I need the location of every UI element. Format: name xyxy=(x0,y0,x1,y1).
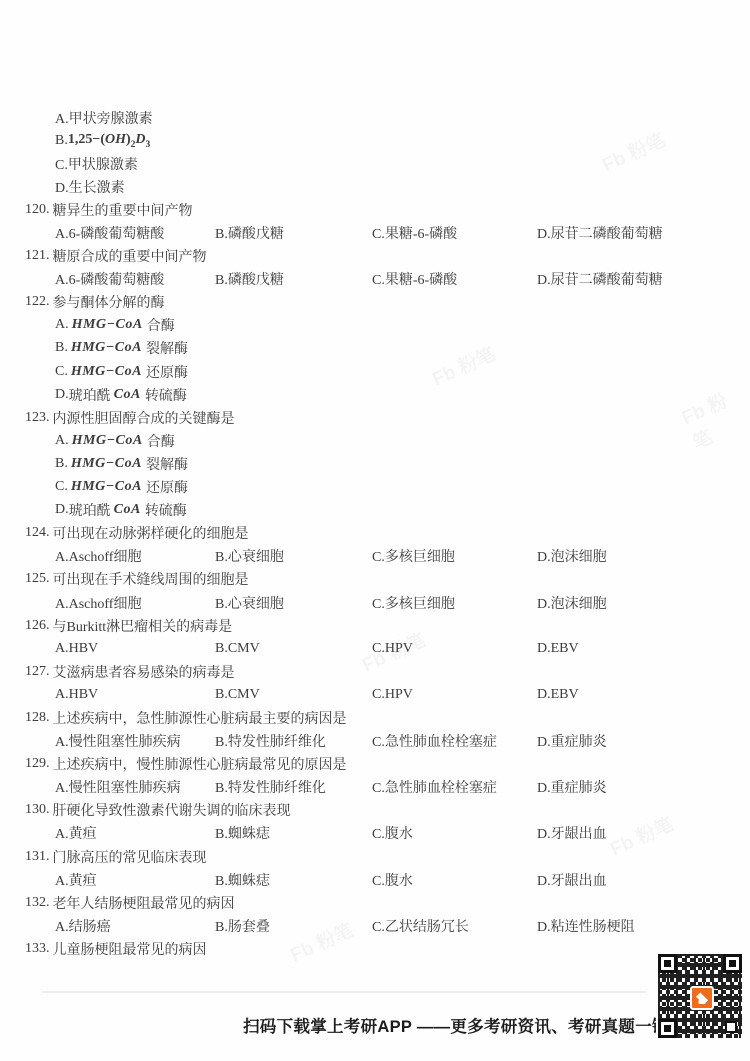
option-line: A.甲状旁腺激素 xyxy=(0,106,750,129)
option-d: D.尿苷二磷酸葡萄糖 xyxy=(537,223,750,243)
option-label: C. xyxy=(55,479,68,495)
enzyme-formula: CoA xyxy=(114,502,141,518)
option-a: A.Aschoff细胞 xyxy=(55,593,215,613)
option-label: B. xyxy=(55,340,68,356)
option-d: D.牙龈出血 xyxy=(537,870,750,890)
option-c: C.乙状结肠冗长 xyxy=(372,916,537,936)
option-a: A.HBV xyxy=(55,687,215,703)
option-a: A.慢性阻塞性肺疾病 xyxy=(55,731,215,751)
option-label: B. xyxy=(55,456,68,472)
option-line: C.甲状腺激素 xyxy=(0,152,750,175)
question-stem: 老年人结肠梗阻最常见的病因 xyxy=(53,893,235,913)
option-b: B.心衰细胞 xyxy=(215,546,372,566)
question-line-127: 127.艾滋病患者容易感染的病毒是 xyxy=(0,660,750,683)
option-tail: 转硫酶 xyxy=(145,385,187,405)
options-row: A.Aschoff细胞 B.心衰细胞 C.多核巨细胞 D.泡沫细胞 xyxy=(0,591,750,614)
option-c: C.多核巨细胞 xyxy=(372,593,537,613)
question-line-128: 128.上述疾病中，急性肺源性心脏病最主要的病因是 xyxy=(0,706,750,729)
enzyme-option-line: A.HMG−CoA合酶 xyxy=(0,429,750,452)
enzyme-formula: HMG−CoA xyxy=(72,317,143,333)
exam-page: Fb 粉笔 Fb 粉笔 Fb 粉笔 Fb 粉笔 Fb 粉笔 Fb 粉笔 A.甲状… xyxy=(0,0,750,1061)
qr-code xyxy=(656,952,744,1040)
question-number: 123. xyxy=(25,410,50,426)
option-b: B.蜘蛛痣 xyxy=(215,870,372,890)
question-stem: 糖原合成的重要中间产物 xyxy=(53,246,207,266)
formula-part: D xyxy=(135,132,145,147)
enzyme-formula: HMG−CoA xyxy=(71,479,142,495)
enzyme-option-line: A.HMG−CoA合酶 xyxy=(0,314,750,337)
option-a: A.HBV xyxy=(55,641,215,657)
option-prefix: 琥珀酰 xyxy=(69,385,111,405)
question-number: 132. xyxy=(25,895,50,911)
option-a: A.结肠癌 xyxy=(55,916,215,936)
question-number: 128. xyxy=(25,710,50,726)
vitamin-d-formula: 1,25−(OH)2D3 xyxy=(68,132,150,150)
question-number: 125. xyxy=(25,571,50,587)
option-label: A. xyxy=(55,433,69,449)
question-number: 133. xyxy=(25,941,50,957)
question-line-121: 121.糖原合成的重要中间产物 xyxy=(0,245,750,268)
question-line-129: 129.上述疾病中，慢性肺源性心脏病最常见的原因是 xyxy=(0,753,750,776)
option-b: B.磷酸戊糖 xyxy=(215,269,372,289)
option-label: D. xyxy=(55,387,69,403)
question-number: 126. xyxy=(25,618,50,634)
option-d: D.泡沫细胞 xyxy=(537,593,750,613)
options-row: A.黄疸 B.蜘蛛痣 C.腹水 D.牙龈出血 xyxy=(0,868,750,891)
formula-part: OH xyxy=(105,132,126,147)
option-c: C.果糖-6-磷酸 xyxy=(372,223,537,243)
option-c: C.腹水 xyxy=(372,823,537,843)
enzyme-formula: CoA xyxy=(114,387,141,403)
question-number: 130. xyxy=(25,802,50,818)
formula-option-line: B. 1,25−(OH)2D3 xyxy=(0,129,750,152)
option-label: D. xyxy=(55,502,69,518)
option-tail: 还原酶 xyxy=(146,362,188,382)
option-c: C.果糖-6-磷酸 xyxy=(372,269,537,289)
option-b: B.特发性肺纤维化 xyxy=(215,777,372,797)
option-a: A.黄疸 xyxy=(55,823,215,843)
question-stem: 可出现在动脉粥样硬化的细胞是 xyxy=(53,523,249,543)
enzyme-formula: HMG−CoA xyxy=(71,364,142,380)
option-d: D.泡沫细胞 xyxy=(537,546,750,566)
option-label: B. xyxy=(55,133,68,149)
options-row: A.HBV B.CMV C.HPV D.EBV xyxy=(0,683,750,706)
option-d: D.重症肺炎 xyxy=(537,731,750,751)
option-b: B.特发性肺纤维化 xyxy=(215,731,372,751)
question-number: 124. xyxy=(25,525,50,541)
question-list: A.甲状旁腺激素 B. 1,25−(OH)2D3 C.甲状腺激素 D.生长激素 … xyxy=(0,106,750,960)
enzyme-formula: HMG−CoA xyxy=(71,340,142,356)
option-c: C.HPV xyxy=(372,641,537,657)
option-a: A.Aschoff细胞 xyxy=(55,546,215,566)
formula-part: 1,25−( xyxy=(68,132,105,147)
option-tail: 裂解酶 xyxy=(146,454,188,474)
qr-finder-icon xyxy=(723,954,742,973)
option-b: B.CMV xyxy=(215,687,372,703)
options-row: A.慢性阻塞性肺疾病 B.特发性肺纤维化 C.急性肺血栓栓塞症 D.重症肺炎 xyxy=(0,730,750,753)
option-text: D.生长激素 xyxy=(55,177,125,197)
question-stem: 上述疾病中，急性肺源性心脏病最主要的病因是 xyxy=(53,708,347,728)
question-stem: 参与酮体分解的酶 xyxy=(53,292,165,312)
question-number: 121. xyxy=(25,248,50,264)
option-c: C.急性肺血栓栓塞症 xyxy=(372,731,537,751)
option-label: C. xyxy=(55,364,68,380)
enzyme-option-line: C.HMG−CoA还原酶 xyxy=(0,476,750,499)
option-b: B.磷酸戊糖 xyxy=(215,223,372,243)
question-stem: 内源性胆固醇合成的关键酶是 xyxy=(53,408,235,428)
option-a: A.黄疸 xyxy=(55,870,215,890)
question-line-125: 125.可出现在手术缝线周围的细胞是 xyxy=(0,568,750,591)
option-c: C.急性肺血栓栓塞症 xyxy=(372,777,537,797)
option-tail: 合酶 xyxy=(147,315,175,335)
qr-alignment-icon xyxy=(725,1021,737,1033)
enzyme-option-line: B.HMG−CoA裂解酶 xyxy=(0,337,750,360)
option-c: C.多核巨细胞 xyxy=(372,546,537,566)
question-stem: 与Burkitt淋巴瘤相关的病毒是 xyxy=(53,616,233,636)
question-stem: 儿童肠梗阻最常见的病因 xyxy=(53,939,207,959)
cap-base-shape xyxy=(699,1000,706,1004)
option-tail: 裂解酶 xyxy=(146,338,188,358)
question-number: 131. xyxy=(25,849,50,865)
option-a: A.慢性阻塞性肺疾病 xyxy=(55,777,215,797)
qr-finder-icon xyxy=(658,954,677,973)
question-stem: 上述疾病中，慢性肺源性心脏病最常见的原因是 xyxy=(53,754,347,774)
question-line-126: 126.与Burkitt淋巴瘤相关的病毒是 xyxy=(0,614,750,637)
option-d: D.牙龈出血 xyxy=(537,823,750,843)
enzyme-formula: HMG−CoA xyxy=(72,433,143,449)
formula-subscript: 3 xyxy=(146,140,151,150)
question-number: 120. xyxy=(25,202,50,218)
option-d: D.EBV xyxy=(537,687,750,703)
option-b: B.心衰细胞 xyxy=(215,593,372,613)
enzyme-option-line: D.琥珀酰CoA转硫酶 xyxy=(0,383,750,406)
options-row: A.HBV B.CMV C.HPV D.EBV xyxy=(0,637,750,660)
question-line-122: 122.参与酮体分解的酶 xyxy=(0,291,750,314)
question-line-132: 132.老年人结肠梗阻最常见的病因 xyxy=(0,891,750,914)
enzyme-formula: HMG−CoA xyxy=(71,456,142,472)
question-line-131: 131.门脉高压的常见临床表现 xyxy=(0,845,750,868)
option-d: D.粘连性肠梗阻 xyxy=(537,916,750,936)
option-d: D.尿苷二磷酸葡萄糖 xyxy=(537,269,750,289)
option-b: B.蜘蛛痣 xyxy=(215,823,372,843)
option-d: D.EBV xyxy=(537,641,750,657)
footer-promo-text: 扫码下载掌上考研APP ——更多考研资讯、考研真题一键获取 xyxy=(243,1013,702,1037)
options-row: A.黄疸 B.蜘蛛痣 C.腹水 D.牙龈出血 xyxy=(0,822,750,845)
question-number: 127. xyxy=(25,664,50,680)
question-line-123: 123.内源性胆固醇合成的关键酶是 xyxy=(0,406,750,429)
question-line-133: 133.儿童肠梗阻最常见的病因 xyxy=(0,937,750,960)
options-row: A.6-磷酸葡萄糖酸 B.磷酸戊糖 C.果糖-6-磷酸 D.尿苷二磷酸葡萄糖 xyxy=(0,268,750,291)
option-b: B.肠套叠 xyxy=(215,916,372,936)
question-number: 129. xyxy=(25,756,50,772)
option-c: C.HPV xyxy=(372,687,537,703)
option-text: C.甲状腺激素 xyxy=(55,154,138,174)
option-prefix: 琥珀酰 xyxy=(69,500,111,520)
question-line-130: 130.肝硬化导致性激素代谢失调的临床表现 xyxy=(0,799,750,822)
option-b: B.CMV xyxy=(215,641,372,657)
question-stem: 肝硬化导致性激素代谢失调的临床表现 xyxy=(53,800,291,820)
option-text: A.甲状旁腺激素 xyxy=(55,108,153,128)
options-row: A.Aschoff细胞 B.心衰细胞 C.多核巨细胞 D.泡沫细胞 xyxy=(0,545,750,568)
question-line-120: 120.糖异生的重要中间产物 xyxy=(0,198,750,221)
qr-finder-icon xyxy=(658,1019,677,1038)
question-stem: 艾滋病患者容易感染的病毒是 xyxy=(53,662,235,682)
question-number: 122. xyxy=(25,294,50,310)
option-d: D.重症肺炎 xyxy=(537,777,750,797)
option-a: A.6-磷酸葡萄糖酸 xyxy=(55,269,215,289)
question-stem: 糖异生的重要中间产物 xyxy=(53,200,193,220)
option-c: C.腹水 xyxy=(372,870,537,890)
question-stem: 门脉高压的常见临床表现 xyxy=(53,847,207,867)
question-line-124: 124.可出现在动脉粥样硬化的细胞是 xyxy=(0,522,750,545)
enzyme-option-line: B.HMG−CoA裂解酶 xyxy=(0,452,750,475)
options-row: A.6-磷酸葡萄糖酸 B.磷酸戊糖 C.果糖-6-磷酸 D.尿苷二磷酸葡萄糖 xyxy=(0,221,750,244)
option-a: A.6-磷酸葡萄糖酸 xyxy=(55,223,215,243)
option-tail: 还原酶 xyxy=(146,477,188,497)
enzyme-option-line: C.HMG−CoA还原酶 xyxy=(0,360,750,383)
option-label: A. xyxy=(55,317,69,333)
options-row: A.结肠癌 B.肠套叠 C.乙状结肠冗长 D.粘连性肠梗阻 xyxy=(0,914,750,937)
enzyme-option-line: D.琥珀酰CoA转硫酶 xyxy=(0,499,750,522)
graduation-cap-icon xyxy=(690,986,714,1010)
option-tail: 转硫酶 xyxy=(145,500,187,520)
footer-divider xyxy=(42,991,646,993)
options-row: A.慢性阻塞性肺疾病 B.特发性肺纤维化 C.急性肺血栓栓塞症 D.重症肺炎 xyxy=(0,776,750,799)
option-line: D.生长激素 xyxy=(0,175,750,198)
option-tail: 合酶 xyxy=(147,431,175,451)
question-stem: 可出现在手术缝线周围的细胞是 xyxy=(53,569,249,589)
